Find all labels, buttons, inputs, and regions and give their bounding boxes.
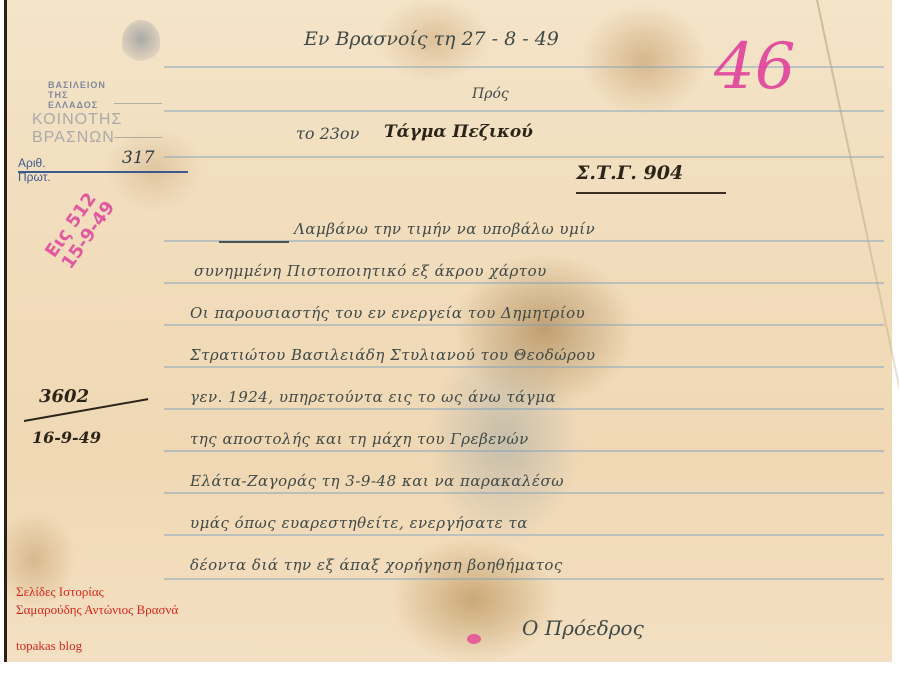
ruled-line — [164, 324, 884, 326]
reference-code: Σ.Τ.Γ. 904 — [576, 162, 683, 184]
body-line: δέοντα διά την εξ άπαξ χορήγηση βοηθήματ… — [190, 556, 563, 574]
ruled-line — [164, 282, 884, 284]
ruled-line — [164, 450, 884, 452]
pink-pencil-receipt-note: Εις 512 15-9-49 — [42, 186, 119, 272]
recipient-name: Τάγμα Πεζικού — [384, 122, 533, 142]
ruled-line — [164, 366, 884, 368]
ruled-line — [164, 408, 884, 410]
watermark-line: Σελίδες Ιστορίας — [16, 584, 104, 600]
closing-signature: Ο Πρόεδρος — [522, 616, 644, 640]
body-line: υμάς όπως ευαρεστηθείτε, ενεργήσατε τα — [190, 514, 528, 532]
ruled-line — [164, 578, 884, 580]
recipient-prefix: το 23ον — [296, 124, 359, 143]
letterhead-divider — [114, 103, 162, 104]
scanned-letter-page: ΒΑΣΙΛΕΙΟΝ ΤΗΣ ΕΛΛΑΔΟΣ ΚΟΙΝΟΤΗΣ ΒΡΑΣΝΩΝ Α… — [4, 0, 892, 662]
protocol-underline — [18, 171, 188, 173]
body-line: συνημμένη Πιστοποιητικό εξ άκρου χάρτου — [194, 262, 547, 280]
body-line: Ελάτα-Ζαγοράς τη 3-9-48 και να παρακαλέσ… — [190, 472, 564, 490]
pink-pencil-number: 46 — [714, 30, 795, 104]
protocol-number: 317 — [122, 148, 154, 168]
filing-date: 16-9-49 — [32, 428, 101, 447]
protocol-label: Αριθ. Πρωτ. — [18, 156, 51, 184]
paragraph-dash — [219, 241, 289, 243]
body-line: Στρατιώτου Βασιλειάδη Στυλιανού του Θεοδ… — [190, 346, 596, 364]
ruled-line — [164, 534, 884, 536]
pink-pencil-mark — [467, 634, 481, 644]
watermark-blog: topakas blog — [16, 638, 82, 654]
watermark-line: Σαμαρούδης Αντώνιος Βρασνά — [16, 602, 178, 618]
body-line: γεν. 1924, υπηρετούντα εις το ως άνω τάγ… — [190, 388, 556, 406]
place-and-date: Εν Βρασνοίς τη 27 - 8 - 49 — [304, 28, 559, 50]
ruled-line — [164, 110, 884, 112]
ruled-line — [164, 492, 884, 494]
ruled-line — [164, 156, 884, 158]
coat-of-arms-icon — [122, 20, 160, 62]
body-line: Οι παρουσιαστής του εν ενεργεία του Δημη… — [190, 304, 585, 322]
body-line: της αποστολής και τη μάχη του Γρεβενών — [190, 430, 529, 448]
filing-number: 3602 — [39, 386, 89, 407]
letterhead-divider — [114, 137, 162, 138]
letterhead-kingdom: ΒΑΣΙΛΕΙΟΝ ΤΗΣ ΕΛΛΑΔΟΣ — [48, 80, 106, 110]
letterhead-community: ΚΟΙΝΟΤΗΣ ΒΡΑΣΝΩΝ — [32, 111, 122, 147]
reference-underline — [576, 192, 726, 194]
salutation-mark: Πρός — [472, 86, 509, 102]
body-line: Λαμβάνω την τιμήν να υποβάλω υμίν — [294, 220, 595, 238]
